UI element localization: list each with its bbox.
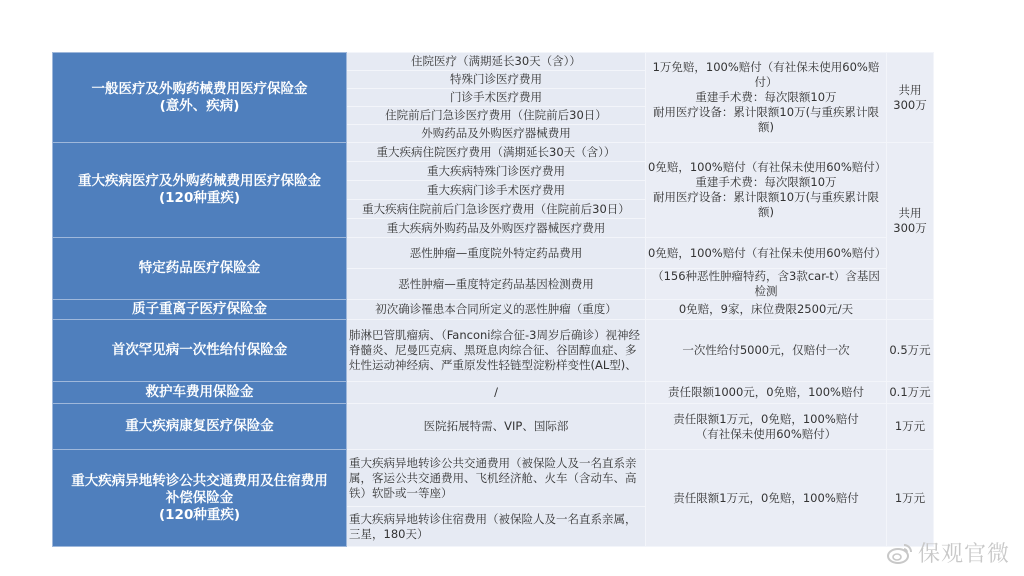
item-cell: 住院医疗（满期延长30天（含）） [347, 53, 646, 71]
category-critical-illness-medical: 重大疾病医疗及外购药械费用医疗保险金 (120种重疾) [53, 143, 347, 238]
table-row: 首次罕见病一次性给付保险金 肺淋巴管肌瘤病、（Fanconi综合征-3周岁后确诊… [53, 320, 934, 382]
category-proton-heavy-ion: 质子重离子医疗保险金 [53, 300, 347, 320]
category-subtitle: (120种重疾) [55, 507, 344, 524]
rule-cell: 1万免赔，100%赔付（有社保未使用60%赔付） 重建手术费：每次限额10万 耐… [646, 53, 887, 143]
rule-line: 1万免赔，100%赔付（有社保未使用60%赔付） [648, 60, 884, 90]
rule-cell: 责任限额1万元，0免赔，100%赔付 （有社保未使用60%赔付） [646, 404, 887, 450]
rule-cell: 0免赔，9家，床位费限2500元/天 [646, 300, 887, 320]
item-cell: 重大疾病异地转诊公共交通费用（被保险人及一名直系亲属，客运公共交通费用、飞机经济… [347, 450, 646, 507]
category-title: 救护车费用保险金 [55, 384, 344, 401]
watermark: 保观官微 [886, 537, 1010, 568]
amount-line: 共用 [889, 206, 931, 221]
rule-line: （有社保未使用60%赔付） [648, 427, 884, 442]
rule-cell: 一次性给付5000元，仅赔付一次 [646, 320, 887, 382]
table-row: 救护车费用保险金 / 责任限额1000元，0免赔，100%赔付 0.1万元 [53, 382, 934, 404]
amount-line: 共用 [889, 83, 931, 98]
category-title: 首次罕见病一次性给付保险金 [55, 342, 344, 359]
rule-cell: 0免赔，100%赔付（有社保未使用60%赔付） [646, 238, 887, 269]
amount-cell: 0.5万元 [887, 320, 934, 382]
table-row: 特定药品医疗保险金 恶性肿瘤—重度院外特定药品费用 0免赔，100%赔付（有社保… [53, 238, 934, 269]
category-title-line2: 补偿保险金 [55, 490, 344, 507]
category-subtitle: (意外、疾病) [55, 98, 344, 115]
amount-cell: 共用 300万 [887, 53, 934, 143]
item-cell: 住院前后门急诊医疗费用（住院前后30日） [347, 107, 646, 125]
item-cell: 肺淋巴管肌瘤病、（Fanconi综合征-3周岁后确诊）视神经脊髓炎、尼曼匹克病、… [347, 320, 646, 382]
amount-line: 300万 [889, 221, 931, 236]
category-title: 重大疾病康复医疗保险金 [55, 418, 344, 435]
amount-line: 300万 [889, 98, 931, 113]
benefits-table: 一般医疗及外购药械费用医疗保险金 (意外、疾病) 住院医疗（满期延长30天（含）… [52, 52, 934, 547]
item-cell: 门诊手术医疗费用 [347, 89, 646, 107]
table-row: 重大疾病异地转诊公共交通费用及住宿费用 补偿保险金 (120种重疾) 重大疾病异… [53, 450, 934, 507]
category-ambulance: 救护车费用保险金 [53, 382, 347, 404]
table-row: 一般医疗及外购药械费用医疗保险金 (意外、疾病) 住院医疗（满期延长30天（含）… [53, 53, 934, 71]
rule-line: 耐用医疗设备：累计限额10万(与重疾累计限额) [648, 105, 884, 135]
item-cell: 恶性肿瘤—重度特定药品基因检测费用 [347, 269, 646, 300]
item-cell: / [347, 382, 646, 404]
table-row: 质子重离子医疗保险金 初次确诊罹患本合同所定义的恶性肿瘤（重度） 0免赔，9家，… [53, 300, 934, 320]
item-cell: 重大疾病门诊手术医疗费用 [347, 181, 646, 200]
item-cell: 重大疾病外购药品及外购医疗器械医疗费用 [347, 219, 646, 238]
category-rehab: 重大疾病康复医疗保险金 [53, 404, 347, 450]
rule-line: 耐用医疗设备：累计限额10万(与重疾累计限额) [648, 190, 884, 220]
watermark-text: 保观官微 [918, 537, 1010, 568]
category-general-medical: 一般医疗及外购药械费用医疗保险金 (意外、疾病) [53, 53, 347, 143]
rule-cell: 0免赔，100%赔付（有社保未使用60%赔付） 重建手术费：每次限额10万 耐用… [646, 143, 887, 238]
category-transfer-transport-lodging: 重大疾病异地转诊公共交通费用及住宿费用 补偿保险金 (120种重疾) [53, 450, 347, 547]
weibo-icon [886, 541, 914, 565]
item-cell: 恶性肿瘤—重度院外特定药品费用 [347, 238, 646, 269]
item-cell: 重大疾病特殊门诊医疗费用 [347, 162, 646, 181]
category-title: 重大疾病医疗及外购药械费用医疗保险金 [55, 173, 344, 190]
category-specific-drugs: 特定药品医疗保险金 [53, 238, 347, 300]
category-title: 特定药品医疗保险金 [55, 260, 344, 277]
item-cell: 外购药品及外购医疗器械费用 [347, 125, 646, 143]
rule-line: 0免赔，100%赔付（有社保未使用60%赔付） [648, 160, 884, 175]
category-subtitle: (120种重疾) [55, 190, 344, 207]
table-row: 重大疾病康复医疗保险金 医院拓展特需、VIP、国际部 责任限额1万元，0免赔，1… [53, 404, 934, 450]
category-title: 一般医疗及外购药械费用医疗保险金 [55, 81, 344, 98]
amount-cell [887, 300, 934, 320]
rule-line: 重建手术费：每次限额10万 [648, 90, 884, 105]
rule-cell: （156种恶性肿瘤特药，含3款car-t）含基因检测 [646, 269, 887, 300]
amount-cell-shared: 共用 300万 [887, 143, 934, 300]
category-title: 质子重离子医疗保险金 [55, 301, 344, 318]
category-title: 重大疾病异地转诊公共交通费用及住宿费用 [55, 473, 344, 490]
amount-cell: 1万元 [887, 450, 934, 547]
rule-line: 重建手术费：每次限额10万 [648, 175, 884, 190]
item-cell: 初次确诊罹患本合同所定义的恶性肿瘤（重度） [347, 300, 646, 320]
amount-cell: 0.1万元 [887, 382, 934, 404]
rule-cell: 责任限额1万元，0免赔，100%赔付 [646, 450, 887, 547]
item-cell: 重大疾病住院前后门急诊医疗费用（住院前后30日） [347, 200, 646, 219]
item-cell: 重大疾病住院医疗费用（满期延长30天（含）） [347, 143, 646, 162]
table-row: 重大疾病医疗及外购药械费用医疗保险金 (120种重疾) 重大疾病住院医疗费用（满… [53, 143, 934, 162]
amount-cell: 1万元 [887, 404, 934, 450]
rule-line: 责任限额1万元，0免赔，100%赔付 [648, 412, 884, 427]
rule-cell: 责任限额1000元，0免赔，100%赔付 [646, 382, 887, 404]
item-cell: 特殊门诊医疗费用 [347, 71, 646, 89]
item-cell: 重大疾病异地转诊住宿费用（被保险人及一名直系亲属，三星，180天） [347, 507, 646, 547]
category-rare-disease: 首次罕见病一次性给付保险金 [53, 320, 347, 382]
item-cell: 医院拓展特需、VIP、国际部 [347, 404, 646, 450]
